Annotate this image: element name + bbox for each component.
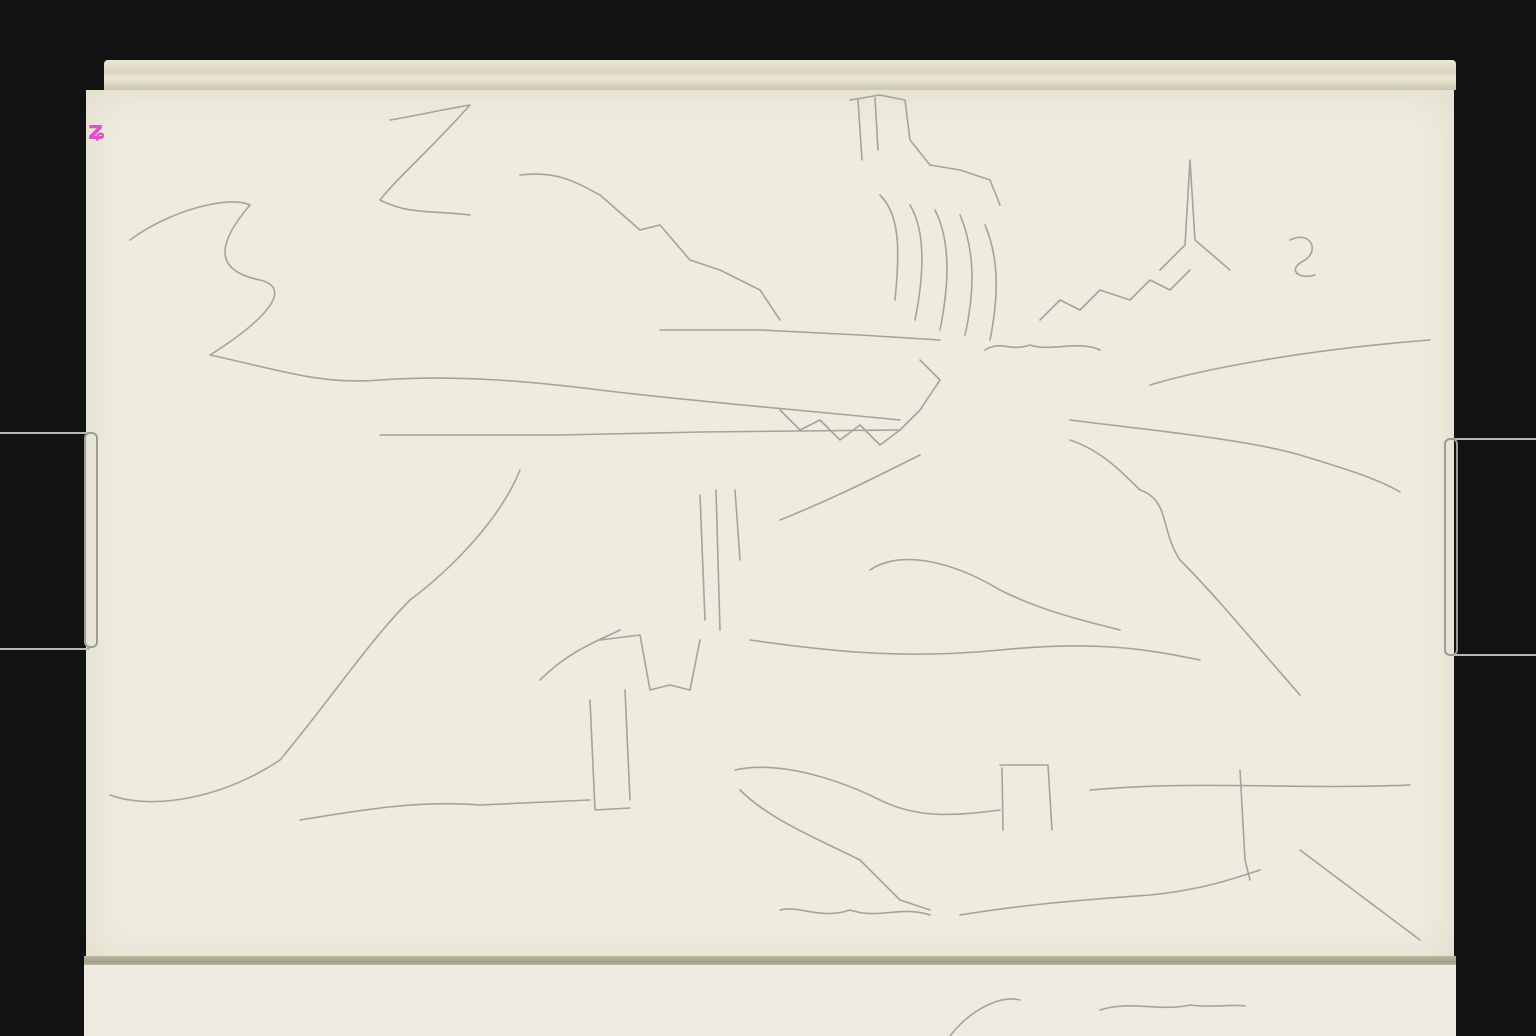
photo-stage: ʑ	[0, 0, 1536, 1036]
river-valley-sketch-middle	[110, 340, 1430, 802]
next-page-sketch	[950, 999, 1245, 1036]
castle-on-hill-sketch-top	[130, 95, 1315, 420]
tower-and-spire-sketch-bottom	[300, 765, 1420, 940]
tower-ruin-sketch-left	[540, 490, 740, 810]
pencil-sketches	[0, 0, 1536, 1036]
